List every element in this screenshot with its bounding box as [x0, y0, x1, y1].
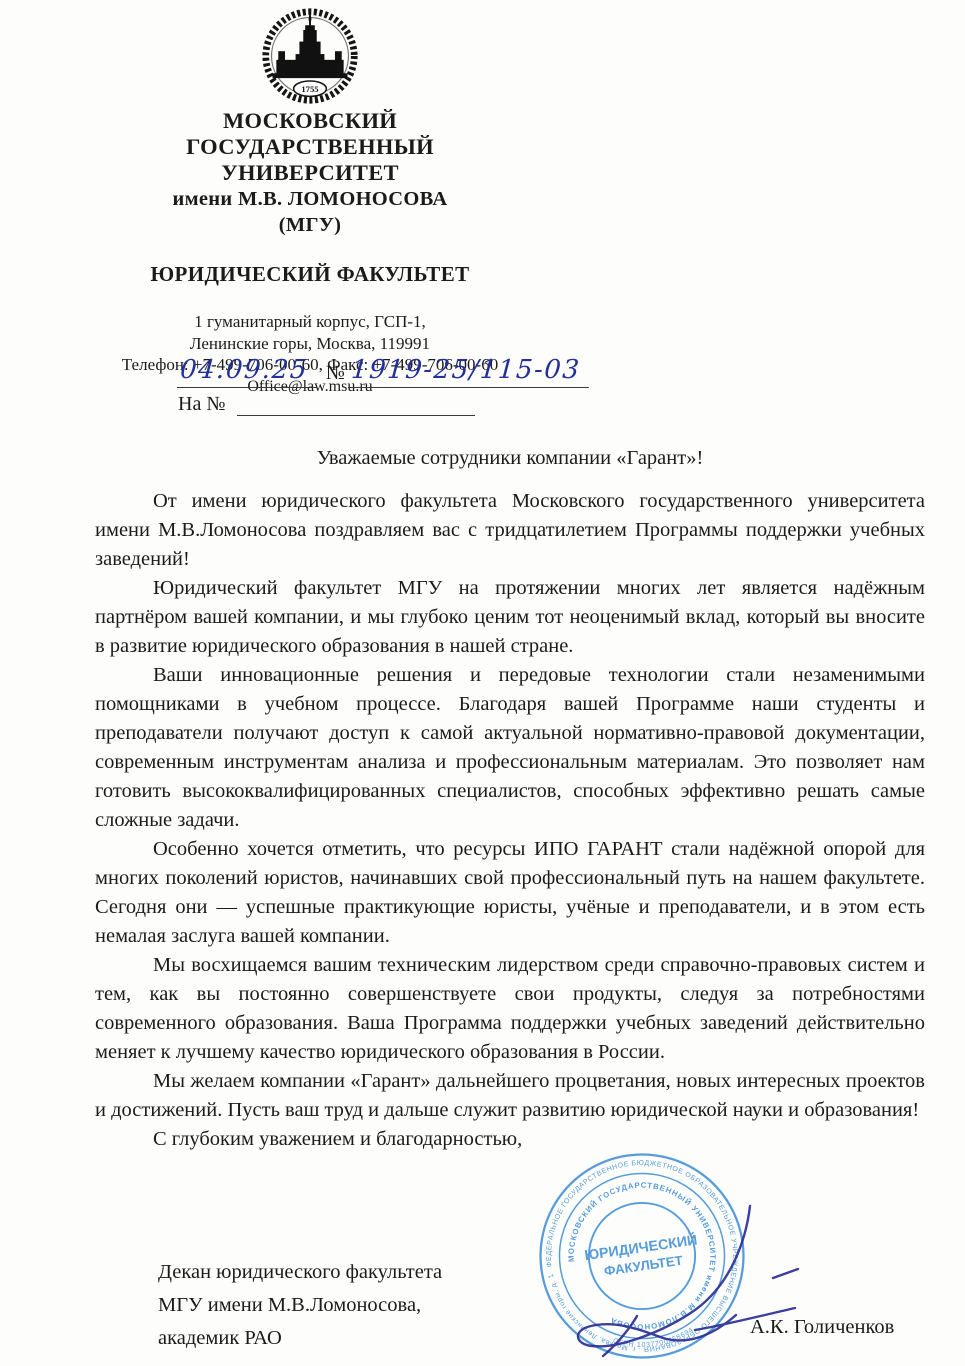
- letter-paragraph: Юридический факультет МГУ на протяжении …: [95, 574, 925, 661]
- letter-paragraph: От имени юридического факультета Московс…: [95, 487, 925, 574]
- salutation: Уважаемые сотрудники компании «Гарант»!: [95, 447, 925, 470]
- faculty-title: ЮРИДИЧЕСКИЙ ФАКУЛЬТЕТ: [95, 262, 525, 287]
- closing-line: С глубоким уважением и благодарностью,: [95, 1125, 925, 1154]
- reference-block: 04.09.25 № 1919-25/115-03 На №: [178, 356, 598, 416]
- date-number-row: 04.09.25 № 1919-25/115-03: [178, 356, 598, 388]
- address-line-1: 1 гуманитарный корпус, ГСП-1,: [95, 311, 525, 333]
- letter-paragraph: Мы желаем компании «Гарант» дальнейшего …: [95, 1067, 925, 1125]
- number-sign-label: №: [318, 362, 349, 388]
- msu-emblem-logo: 1755: [257, 6, 363, 106]
- handwritten-signature: [545, 1198, 815, 1363]
- reply-reference-blank-line: [237, 393, 475, 416]
- handwritten-date: 04.09.25: [177, 356, 319, 388]
- letter-body: От имени юридического факультета Московс…: [95, 487, 925, 1154]
- university-name-line: МОСКОВСКИЙ: [95, 108, 525, 134]
- address-line-2: Ленинские горы, Москва, 119991: [95, 333, 525, 355]
- letterhead: 1755 МОСКОВСКИЙГОСУДАРСТВЕННЫЙ УНИВЕРСИТ…: [95, 6, 525, 397]
- university-name-line: (МГУ): [95, 212, 525, 238]
- university-name-line: имени М.В. ЛОМОНОСОВА: [95, 186, 525, 212]
- reply-reference-row: На №: [178, 393, 598, 416]
- paragraphs: От имени юридического факультета Московс…: [95, 487, 925, 1125]
- signer-position-line: МГУ имени М.В.Ломоносова,: [158, 1289, 442, 1322]
- signer-position-line: Декан юридического факультета: [158, 1256, 442, 1289]
- logo-year-label: 1755: [301, 84, 318, 94]
- letter-paragraph: Мы восхищаемся вашим техническим лидерст…: [95, 951, 925, 1067]
- letter-paragraph: Ваши инновационные решения и передовые т…: [95, 661, 925, 835]
- letter-page: 1755 МОСКОВСКИЙГОСУДАРСТВЕННЫЙ УНИВЕРСИТ…: [0, 0, 965, 1366]
- letter-paragraph: Особенно хочется отметить, что ресурсы И…: [95, 835, 925, 951]
- university-name-small: имени М.В. ЛОМОНОСОВА(МГУ): [95, 186, 525, 238]
- university-name-line: ГОСУДАРСТВЕННЫЙ УНИВЕРСИТЕТ: [95, 134, 525, 186]
- university-name: МОСКОВСКИЙГОСУДАРСТВЕННЫЙ УНИВЕРСИТЕТ: [95, 108, 525, 186]
- reply-reference-label: На №: [178, 393, 225, 416]
- handwritten-number: 1919-25/115-03: [348, 356, 592, 388]
- signer-position-block: Декан юридического факультетаМГУ имени М…: [158, 1256, 442, 1355]
- signer-position-line: академик РАО: [158, 1322, 442, 1355]
